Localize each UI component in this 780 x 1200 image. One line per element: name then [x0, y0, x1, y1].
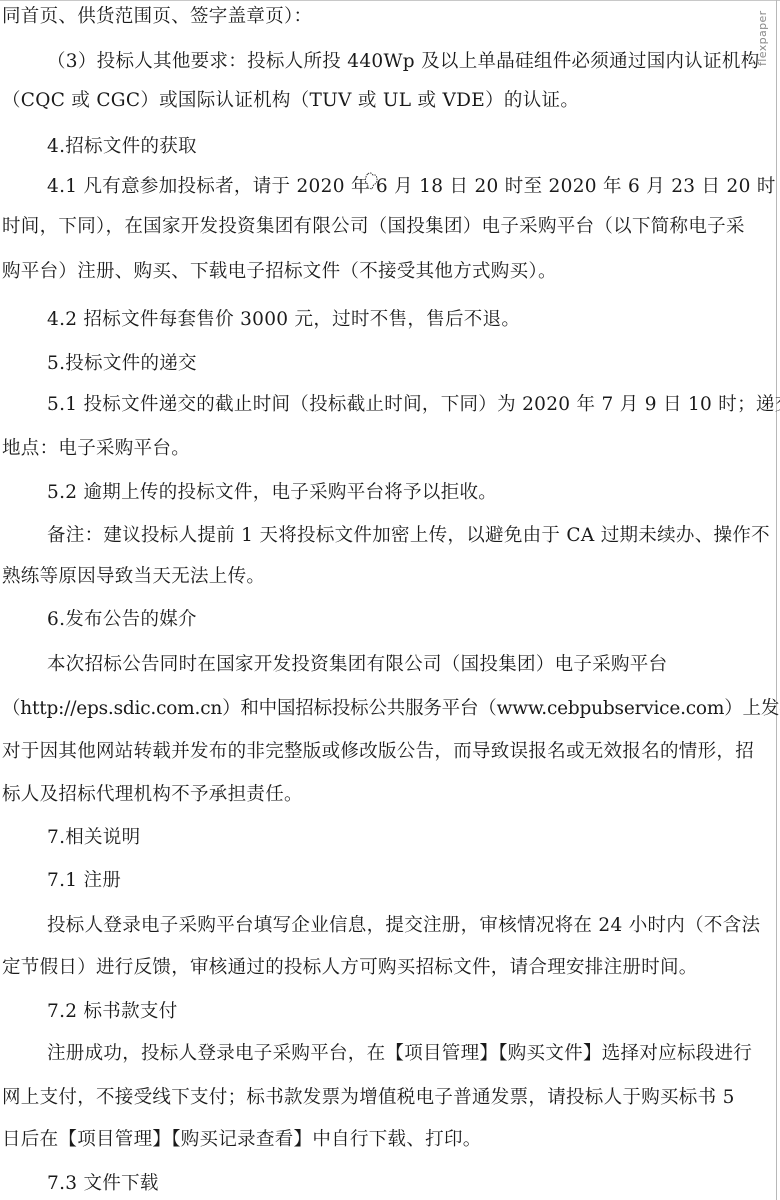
section-heading: 7.3 文件下载 — [47, 1172, 159, 1196]
text-line: 对于因其他网站转载并发布的非完整版或修改版公告，而导致误报名或无效报名的情形，招 — [2, 740, 754, 764]
text-line: 熟练等原因导致当天无法上传。 — [2, 565, 265, 589]
text-line: 地点：电子采购平台。 — [2, 437, 190, 461]
text-line: 投标人登录电子采购平台填写企业信息，提交注册，审核情况将在 24 小时内（不含法 — [47, 914, 760, 938]
text-line: 5.1 投标文件递交的截止时间（投标截止时间，下同）为 2020 年 7 月 9… — [47, 393, 780, 417]
section-heading: 6.发布公告的媒介 — [47, 608, 197, 632]
section-heading: 7.相关说明 — [47, 826, 140, 850]
text-line: 注册成功，投标人登录电子采购平台，在【项目管理】【购买文件】选择对应标段进行 — [47, 1042, 752, 1066]
section-heading: 7.1 注册 — [47, 869, 121, 893]
section-heading: 7.2 标书款支付 — [47, 1000, 178, 1024]
document-page: flexpaper 同首页、供货范围页、签字盖章页）： （3）投标人其他要求：投… — [0, 0, 774, 1200]
section-heading: 5.投标文件的递交 — [47, 352, 197, 376]
text-line: 同首页、供货范围页、签字盖章页）： — [2, 5, 312, 29]
text-line: 时间，下同），在国家开发投资集团有限公司（国投集团）电子采购平台（以下简称电子采 — [2, 215, 745, 239]
text-line: 备注：建议投标人提前 1 天将投标文件加密上传，以避免由于 CA 过期未续办、操… — [47, 524, 770, 548]
text-line: 5.2 逾期上传的投标文件，电子采购平台将予以拒收。 — [47, 481, 497, 505]
text-line: 网上支付，不接受线下支付；标书款发票为增值税电子普通发票，请投标人于购买标书 5 — [2, 1086, 735, 1110]
text-line: 4.2 招标文件每套售价 3000 元，过时不售，售后不退。 — [47, 308, 520, 332]
text-line: 4.1 凡有意参加投标者，请于 2020 年 6 月 18 日 20 时至 20… — [47, 175, 780, 199]
text-line: 日后在【项目管理】【购买记录查看】中自行下载、打印。 — [2, 1128, 482, 1152]
text-line: 定节假日）进行反馈，审核通过的投标人方可购买招标文件，请合理安排注册时间。 — [2, 956, 698, 980]
text-line: （http://eps.sdic.com.cn）和中国招标投标公共服务平台（ww… — [2, 697, 780, 721]
text-line: 本次招标公告同时在国家开发投资集团有限公司（国投集团）电子采购平台 — [47, 653, 667, 677]
page-top-border — [0, 0, 780, 1]
hand-pointer-icon — [363, 172, 379, 192]
section-heading: 4.招标文件的获取 — [47, 135, 197, 159]
text-line: 购平台）注册、购买、下载电子招标文件（不接受其他方式购买）。 — [2, 260, 557, 284]
text-line: （CQC 或 CGC）或国际认证机构（TUV 或 UL 或 VDE）的认证。 — [2, 89, 579, 113]
text-line: 标人及招标代理机构不予承担责任。 — [2, 783, 303, 807]
text-line: （3）投标人其他要求：投标人所投 440Wp 及以上单晶硅组件必须通过国内认证机… — [47, 50, 760, 74]
